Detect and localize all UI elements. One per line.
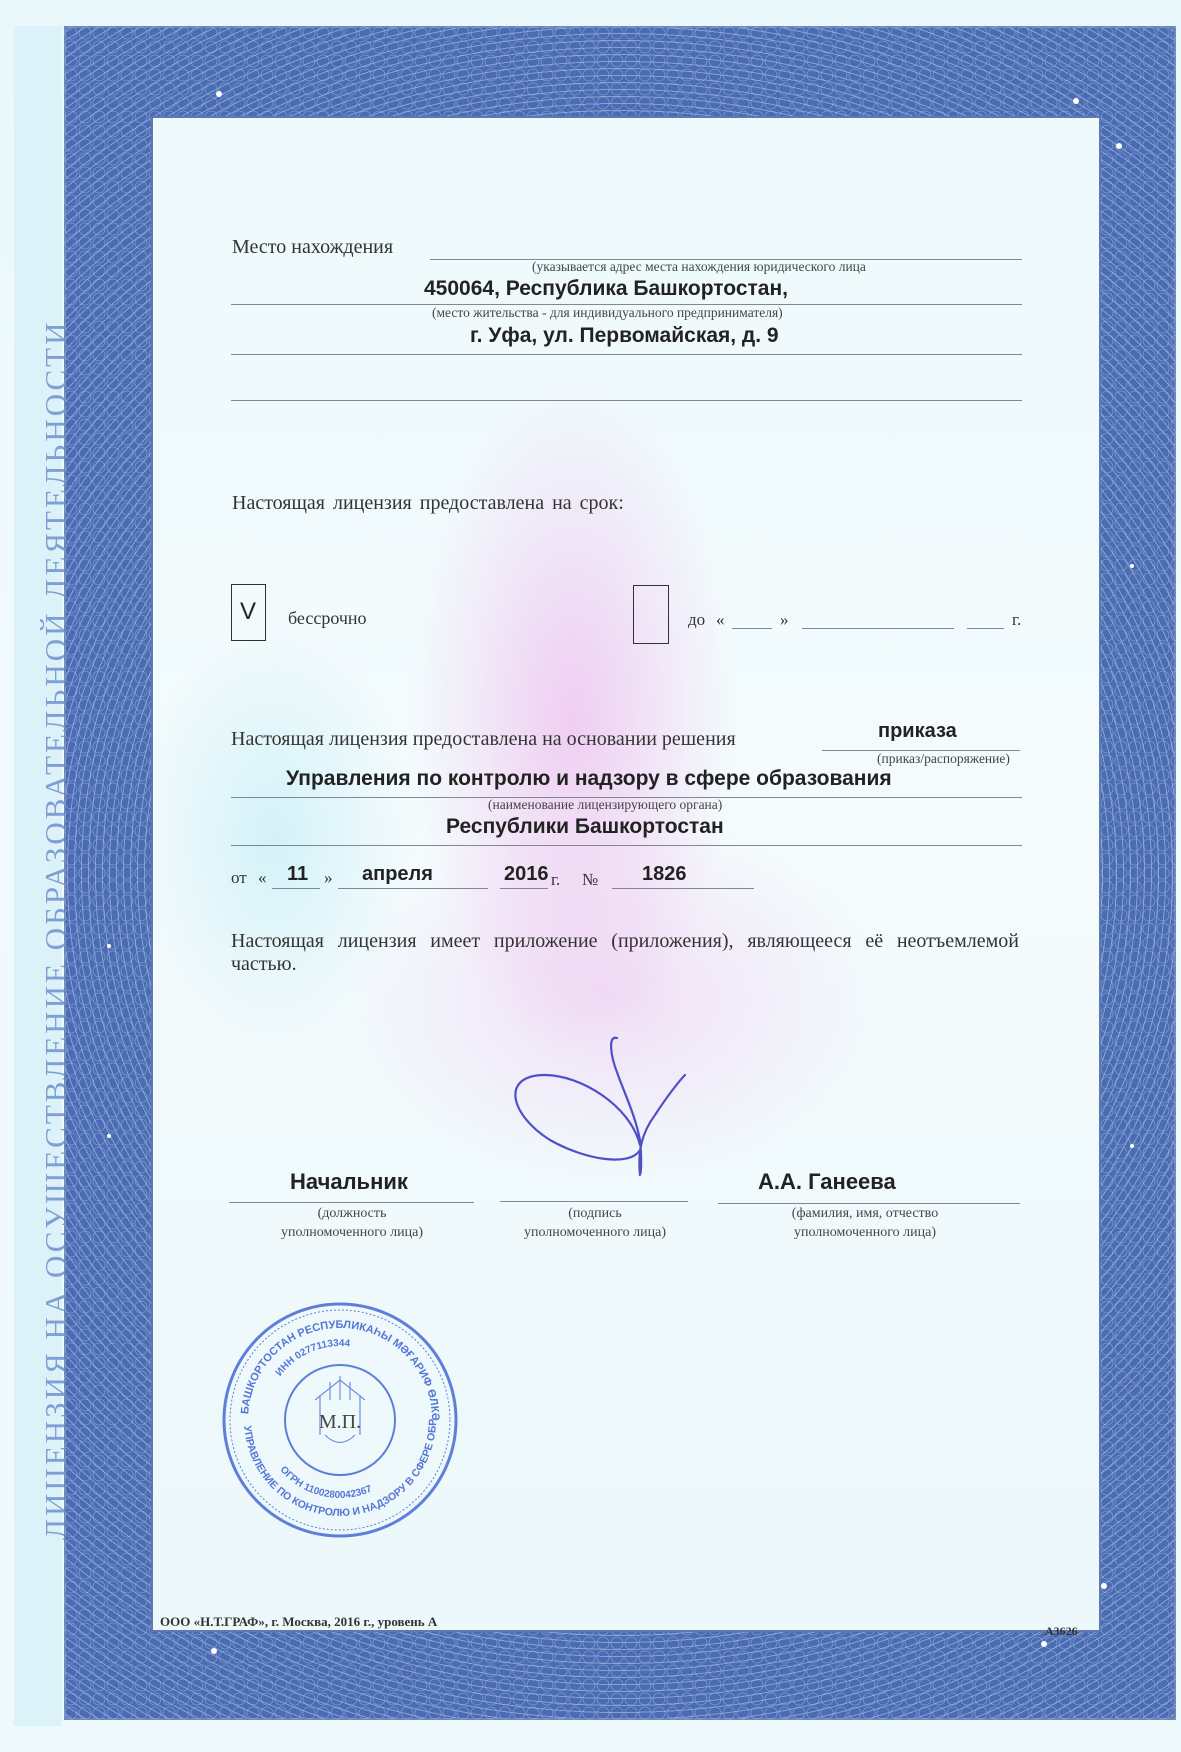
order-year-suffix: г. bbox=[551, 870, 560, 890]
location-caption-legal: (указывается адрес места нахождения юрид… bbox=[532, 259, 866, 275]
basis-label: Настоящая лицензия предоставлена на осно… bbox=[231, 728, 736, 751]
stamp-outer-text: БАШКОРТОСТАН РЕСПУБЛИКАҺЫ МӘҒАРИФ ӨЛКӘҺЕ… bbox=[220, 1300, 441, 1421]
until-year-suffix: г. bbox=[1012, 610, 1021, 630]
order-number-underline bbox=[612, 888, 754, 889]
address-line-2: г. Уфа, ул. Первомайская, д. 9 bbox=[470, 324, 779, 348]
authority-caption: (наименование лицензирующего органа) bbox=[488, 797, 722, 813]
signatory-position: Начальник bbox=[290, 1169, 408, 1195]
position-caption-line-2: уполномоченного лица) bbox=[232, 1223, 472, 1242]
authority-underline-2 bbox=[231, 845, 1022, 846]
unlimited-checkbox[interactable]: V bbox=[231, 584, 266, 641]
signature-caption-line-2: уполномоченного лица) bbox=[498, 1223, 692, 1242]
position-caption: (должность уполномоченного лица) bbox=[232, 1204, 472, 1242]
location-underline-3 bbox=[231, 354, 1022, 355]
until-close-quote: » bbox=[780, 610, 789, 630]
official-stamp-icon: БАШКОРТОСТАН РЕСПУБЛИКАҺЫ МӘҒАРИФ ӨЛКӘҺЕ… bbox=[220, 1300, 460, 1540]
name-caption-line-2: уполномоченного лица) bbox=[740, 1223, 990, 1242]
location-caption-individual: (место жительства - для индивидуального … bbox=[432, 305, 783, 321]
order-month-underline bbox=[338, 888, 488, 889]
order-year-underline bbox=[500, 888, 548, 889]
license-sheet: Лицензия на осуществление образовательно… bbox=[0, 0, 1181, 1752]
signature-caption-line-1: (подпись bbox=[498, 1204, 692, 1223]
printer-info: ООО «Н.Т.ГРАФ», г. Москва, 2016 г., уров… bbox=[160, 1614, 437, 1630]
stamp-lower-text: УПРАВЛЕНИЕ ПО КОНТРОЛЮ И НАДЗОРУ В СФЕРЕ… bbox=[220, 1300, 439, 1519]
until-day-field[interactable] bbox=[732, 628, 772, 629]
location-label: Место нахождения bbox=[232, 236, 393, 259]
name-caption-line-1: (фамилия, имя, отчество bbox=[740, 1204, 990, 1223]
location-underline-4 bbox=[231, 400, 1022, 401]
until-month-field[interactable] bbox=[802, 628, 954, 629]
signature-caption: (подпись уполномоченного лица) bbox=[498, 1204, 692, 1242]
order-day: 11 bbox=[287, 863, 308, 886]
order-month: апреля bbox=[362, 863, 433, 886]
svg-text:БАШКОРТОСТАН РЕСПУБЛИКАҺЫ МӘҒА: БАШКОРТОСТАН РЕСПУБЛИКАҺЫ МӘҒАРИФ ӨЛКӘҺЕ… bbox=[220, 1300, 441, 1421]
unlimited-label: бессрочно bbox=[288, 608, 367, 629]
order-number-sign: № bbox=[582, 870, 598, 890]
appendix-note: Настоящая лицензия имеет приложение (при… bbox=[231, 930, 1019, 976]
order-day-underline bbox=[272, 888, 320, 889]
until-year-field[interactable] bbox=[967, 628, 1004, 629]
address-line-1: 450064, Республика Башкортостан, bbox=[424, 277, 788, 301]
date-open-quote: « bbox=[258, 868, 267, 888]
until-checkbox[interactable] bbox=[633, 585, 669, 644]
order-number: 1826 bbox=[642, 863, 687, 886]
date-prefix: от bbox=[231, 868, 247, 888]
form-serial: А3626 bbox=[1045, 1624, 1078, 1639]
authority-line-2: Республики Башкортостан bbox=[446, 815, 724, 839]
decision-type-caption: (приказ/распоряжение) bbox=[877, 751, 1010, 767]
svg-text:УПРАВЛЕНИЕ ПО КОНТРОЛЮ И НАДЗО: УПРАВЛЕНИЕ ПО КОНТРОЛЮ И НАДЗОРУ В СФЕРЕ… bbox=[220, 1300, 439, 1519]
name-caption: (фамилия, имя, отчество уполномоченного … bbox=[740, 1204, 990, 1242]
signature-underline bbox=[500, 1201, 688, 1202]
authority-line-1: Управления по контролю и надзору в сфере… bbox=[286, 767, 892, 791]
until-prefix: до bbox=[688, 610, 705, 630]
until-open-quote: « bbox=[716, 610, 725, 630]
term-label: Настоящая лицензия предоставлена на срок… bbox=[232, 492, 624, 515]
date-close-quote: » bbox=[324, 868, 333, 888]
signatory-name: А.А. Ганеева bbox=[758, 1169, 896, 1195]
stamp-seal-label: М.П. bbox=[319, 1411, 361, 1433]
order-year: 2016 bbox=[504, 863, 549, 886]
signature-icon bbox=[490, 1035, 690, 1185]
decision-type: приказа bbox=[878, 720, 957, 743]
position-underline bbox=[229, 1202, 474, 1203]
position-caption-line-1: (должность bbox=[232, 1204, 472, 1223]
check-mark-icon: V bbox=[240, 598, 256, 626]
